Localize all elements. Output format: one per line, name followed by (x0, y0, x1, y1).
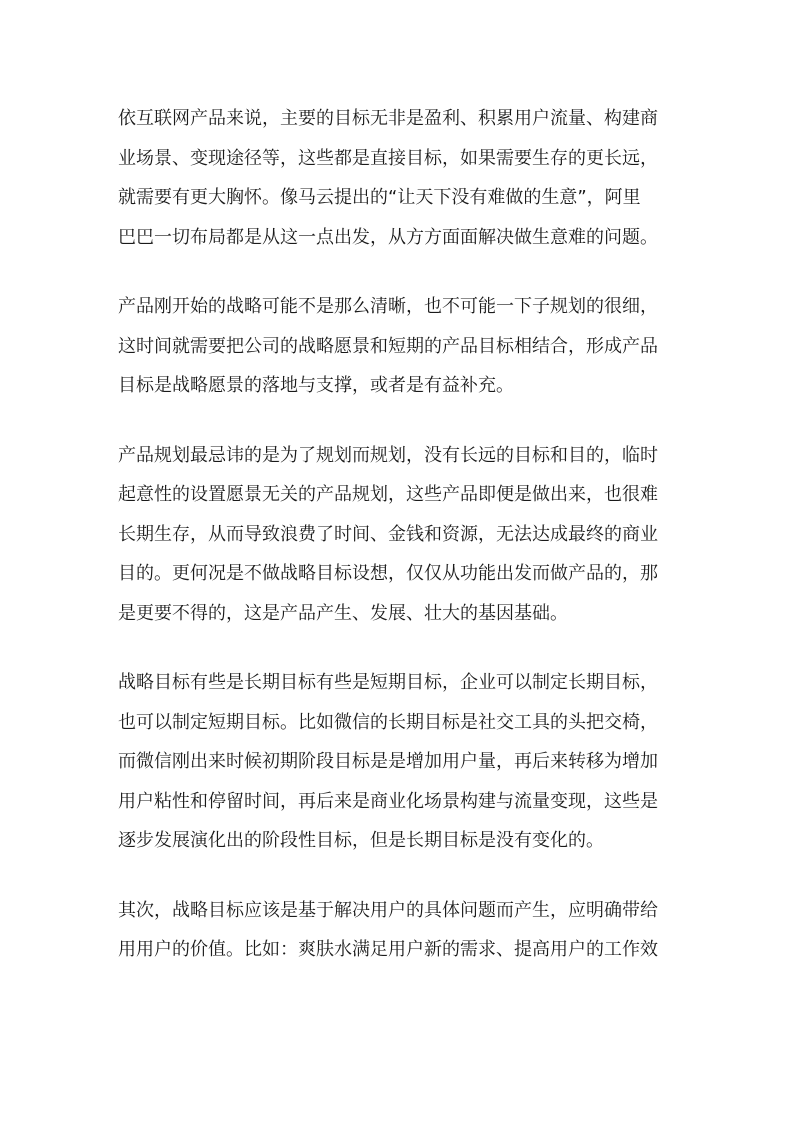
text-line: 是更要不得的，这是产品产生、发展、壮大的基因基础。 (118, 594, 678, 634)
text-line: 目标是战略愿景的落地与支撑，或者是有益补充。 (118, 366, 678, 406)
text-line: 依互联网产品来说，主要的目标无非是盈利、积累用户流量、构建商 (118, 99, 678, 139)
text-line: 用户粘性和停留时间，再后来是商业化场景构建与流量变现，这些是 (118, 782, 678, 822)
paragraph-5: 其次，战略目标应该是基于解决用户的具体问题而产生，应明确带给 用用户的价值。比如… (118, 891, 678, 970)
text-line: 长期生存，从而导致浪费了时间、金钱和资源，无法达成最终的商业 (118, 515, 678, 555)
paragraph-3: 产品规划最忌讳的是为了规划而规划，没有长远的目标和目的，临时 起意性的设置愿景无… (118, 436, 678, 634)
text-line: 而微信刚出来时候初期阶段目标是是增加用户量，再后来转移为增加 (118, 742, 678, 782)
text-line: 产品规划最忌讳的是为了规划而规划，没有长远的目标和目的，临时 (118, 436, 678, 476)
text-line: 就需要有更大胸怀。像马云提出的“让天下没有难做的生意”，阿里 (118, 178, 678, 218)
text-line: 逐步发展演化出的阶段性目标，但是长期目标是没有变化的。 (118, 821, 678, 861)
text-line: 起意性的设置愿景无关的产品规划，这些产品即便是做出来，也很难 (118, 475, 678, 515)
text-line: 这时间就需要把公司的战略愿景和短期的产品目标相结合，形成产品 (118, 327, 678, 367)
text-line: 产品刚开始的战略可能不是那么清晰，也不可能一下子规划的很细， (118, 287, 678, 327)
text-line: 业场景、变现途径等，这些都是直接目标，如果需要生存的更长远， (118, 139, 678, 179)
text-line: 巴巴一切布局都是从这一点出发，从方方面面解决做生意难的问题。 (118, 218, 678, 258)
paragraph-4: 战略目标有些是长期目标有些是短期目标，企业可以制定长期目标， 也可以制定短期目标… (118, 663, 678, 861)
text-line: 用用户的价值。比如：爽肤水满足用户新的需求、提高用户的工作效 (118, 930, 678, 970)
paragraph-1: 依互联网产品来说，主要的目标无非是盈利、积累用户流量、构建商 业场景、变现途径等… (118, 99, 678, 257)
text-line: 也可以制定短期目标。比如微信的长期目标是社交工具的头把交椅， (118, 703, 678, 743)
document-page: 依互联网产品来说，主要的目标无非是盈利、积累用户流量、构建商 业场景、变现途径等… (118, 99, 678, 1000)
text-line: 战略目标有些是长期目标有些是短期目标，企业可以制定长期目标， (118, 663, 678, 703)
text-line: 目的。更何况是不做战略目标设想，仅仅从功能出发而做产品的，那 (118, 554, 678, 594)
paragraph-2: 产品刚开始的战略可能不是那么清晰，也不可能一下子规划的很细， 这时间就需要把公司… (118, 287, 678, 406)
text-line: 其次，战略目标应该是基于解决用户的具体问题而产生，应明确带给 (118, 891, 678, 931)
